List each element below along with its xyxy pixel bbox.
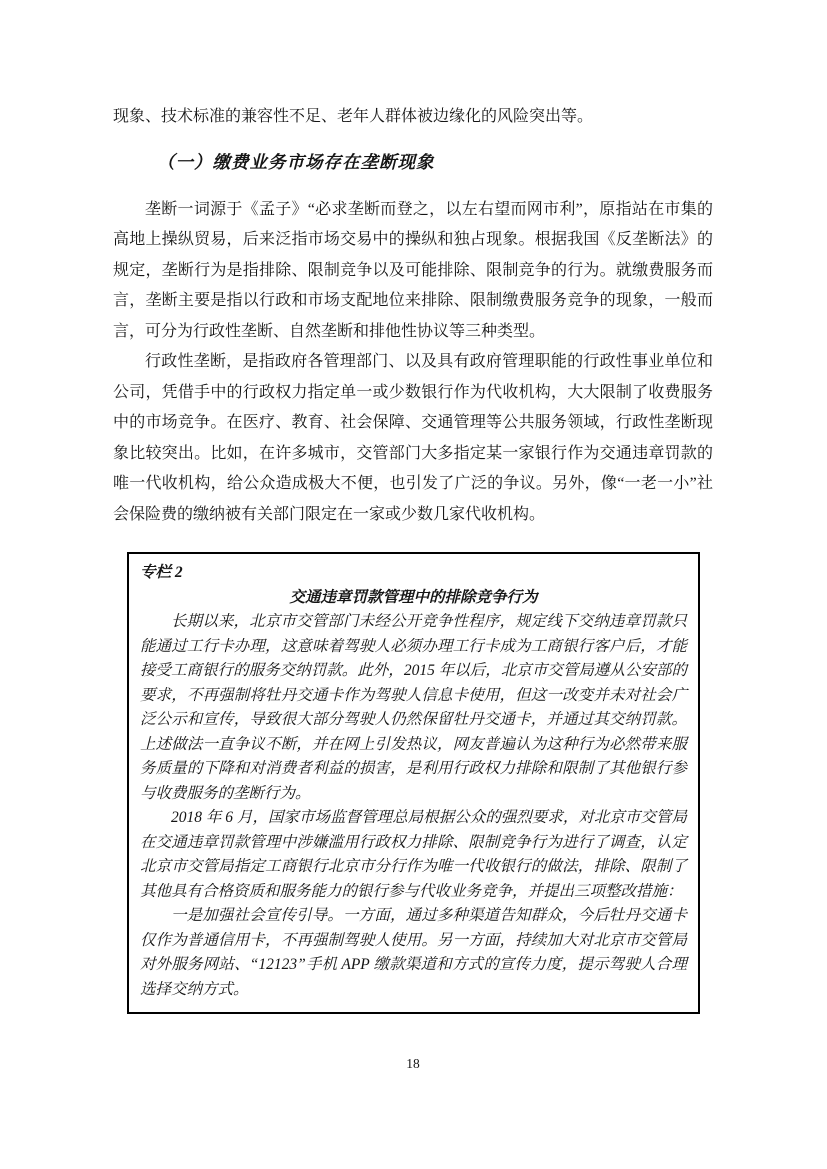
callout-box-paragraph: 长期以来，北京市交管部门未经公开竞争性程序，规定线下交纳违章罚款只能通过工行卡办…	[140, 610, 687, 806]
document-page: 现象、技术标准的兼容性不足、老年人群体被边缘化的风险突出等。 （一）缴费业务市场…	[0, 0, 827, 1169]
body-paragraph: 行政性垄断，是指政府各管理部门、以及具有政府管理职能的行政性事业单位和公司，凭借…	[113, 347, 713, 530]
body-paragraph: 垄断一词源于《孟子》“必求垄断而登之，以左右望而网市利”，原指站在市集的高地上操…	[113, 195, 713, 348]
callout-box: 专栏 2 交通违章罚款管理中的排除竞争行为 长期以来，北京市交管部门未经公开竞争…	[127, 552, 700, 1014]
text-block: 现象、技术标准的兼容性不足、老年人群体被边缘化的风险突出等。 （一）缴费业务市场…	[113, 102, 713, 1014]
callout-box-paragraph: 2018 年 6 月，国家市场监督管理总局根据公众的强烈要求，对北京市交管局在交…	[140, 806, 687, 904]
callout-box-paragraph: 一是加强社会宣传引导。一方面，通过多种渠道告知群众，今后牡丹交通卡仅作为普通信用…	[140, 904, 687, 1002]
page-number: 18	[113, 1056, 713, 1072]
intro-paragraph-line: 现象、技术标准的兼容性不足、老年人群体被边缘化的风险突出等。	[113, 102, 713, 133]
callout-box-label: 专栏 2	[140, 560, 687, 585]
callout-box-title: 交通违章罚款管理中的排除竞争行为	[140, 585, 687, 610]
section-heading: （一）缴费业务市场存在垄断现象	[113, 142, 713, 182]
